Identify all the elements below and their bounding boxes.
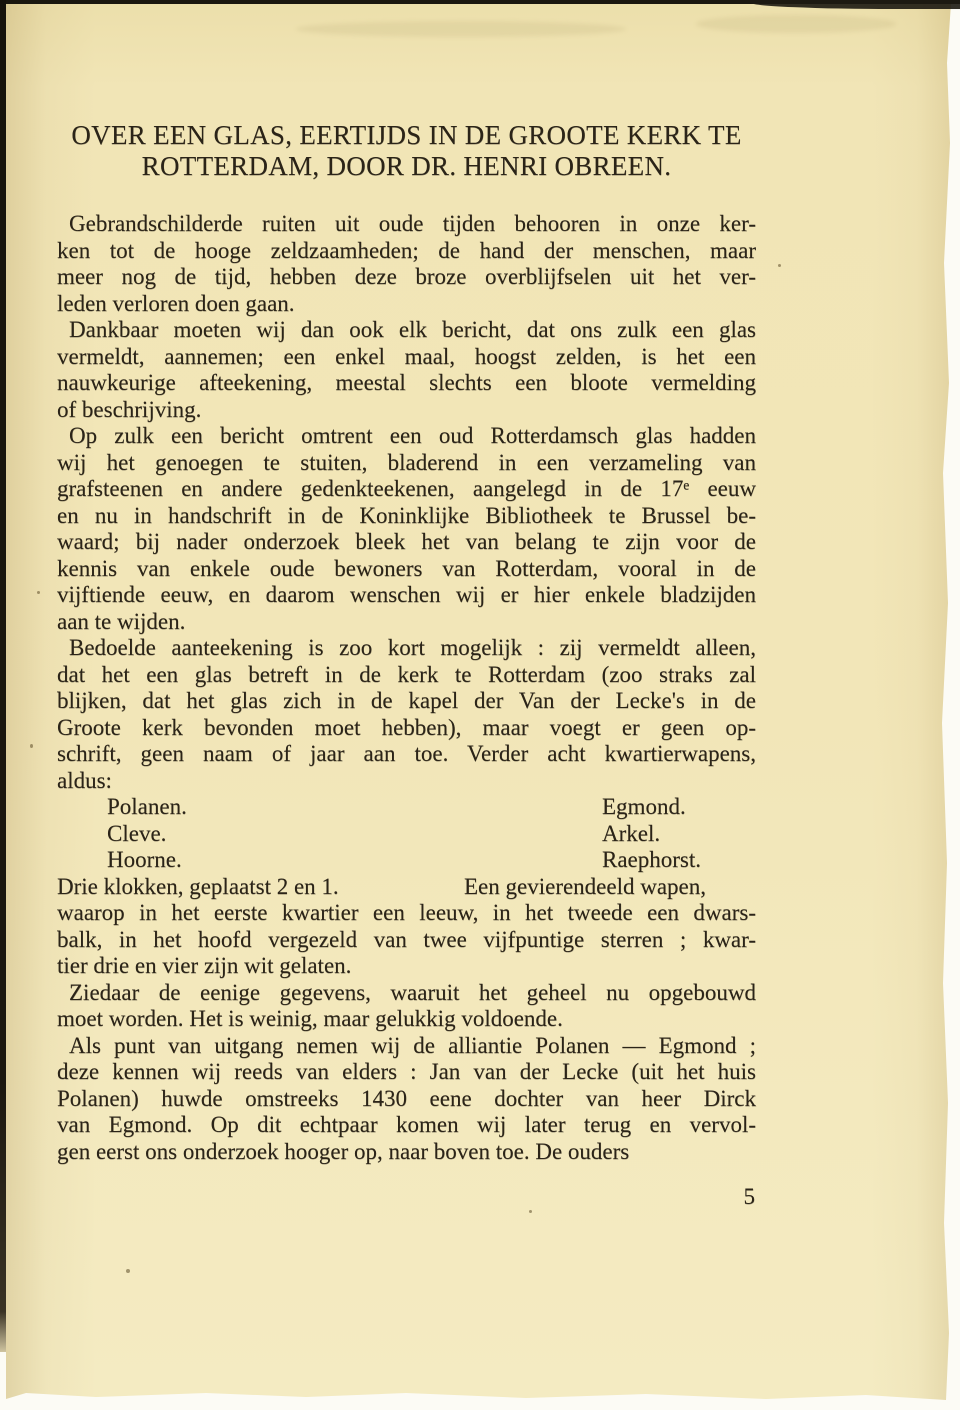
text-line: Groote kerk bevonden moet hebben), maar …	[57, 715, 756, 742]
text-line: balk, in het hoofd vergezeld van twee vi…	[57, 927, 756, 954]
wapen-right: Arkel.	[602, 821, 660, 848]
page-number: 5	[57, 1184, 756, 1211]
paper-page: OVER EEN GLAS, EERTIJDS IN DE GROOTE KER…	[6, 3, 951, 1400]
split-left: Drie klokken, geplaatst 2 en 1.	[57, 874, 339, 899]
text-line: grafsteenen en andere gedenkteekenen, aa…	[57, 476, 756, 503]
scan-speck	[30, 744, 33, 748]
text-line: Bedoelde aanteekening is zoo kort mogeli…	[57, 635, 756, 662]
book-gutter-shadow	[0, 0, 6, 1352]
text-line: waard; bij nader onderzoek bleek het van…	[57, 529, 756, 556]
text-line: van Egmond. Op dit echtpaar komen wij la…	[57, 1112, 756, 1139]
text-line: waarop in het eerste kwartier een leeuw,…	[57, 900, 756, 927]
text-line: Op zulk een bericht omtrent een oud Rott…	[57, 423, 756, 450]
scan-smudge	[696, 15, 896, 33]
wapen-left: Hoorne.	[57, 847, 182, 872]
text-line: nauwkeurige afteekening, meestal slechts…	[57, 370, 756, 397]
text-line: schrift, geen naam of jaar aan toe. Verd…	[57, 741, 756, 768]
text-line: meer nog de tijd, hebben deze broze over…	[57, 264, 756, 291]
text-line: moet worden. Het is weinig, maar gelukki…	[57, 1006, 756, 1033]
title-line-2: ROTTERDAM, DOOR DR. HENRI OBREEN.	[57, 151, 756, 182]
text-line: Als punt van uitgang nemen wij de allian…	[57, 1033, 756, 1060]
text-line: wij het genoegen te stuiten, bladerend i…	[57, 450, 756, 477]
text-line: vermeldt, aannemen; een enkel maal, hoog…	[57, 344, 756, 371]
split-right: Een gevierendeeld wapen,	[464, 874, 706, 901]
text-line: blijken, dat het glas zich in de kapel d…	[57, 688, 756, 715]
scan-speck	[37, 591, 40, 594]
scan-smudge	[296, 21, 626, 37]
wapen-pair-row: Cleve.Arkel.	[57, 821, 756, 848]
wapen-left: Polanen.	[57, 794, 187, 819]
text-line: aldus:	[57, 768, 756, 795]
text-line: Dankbaar moeten wij dan ook elk bericht,…	[57, 317, 756, 344]
title-line-1: OVER EEN GLAS, EERTIJDS IN DE GROOTE KER…	[57, 120, 756, 151]
text-line: Gebrandschilderde ruiten uit oude tijden…	[57, 211, 756, 238]
body-text: Gebrandschilderde ruiten uit oude tijden…	[57, 211, 756, 1165]
page-title: OVER EEN GLAS, EERTIJDS IN DE GROOTE KER…	[57, 120, 756, 182]
page-content: OVER EEN GLAS, EERTIJDS IN DE GROOTE KER…	[57, 3, 756, 1211]
scan-speck	[778, 264, 781, 267]
wapen-pair-row: Polanen.Egmond.	[57, 794, 756, 821]
text-line: gen eerst ons onderzoek hooger op, naar …	[57, 1139, 756, 1166]
text-line: dat het een glas betreft in de kerk te R…	[57, 662, 756, 689]
text-line: deze kennen wij reeds van elders : Jan v…	[57, 1059, 756, 1086]
scan-speck	[126, 1269, 130, 1273]
text-line: ken tot de hooge zeldzaamheden; de hand …	[57, 238, 756, 265]
text-line: Polanen) huwde omstreeks 1430 eene docht…	[57, 1086, 756, 1113]
wapen-pair-row: Hoorne.Raephorst.	[57, 847, 756, 874]
wapen-left: Cleve.	[57, 821, 166, 846]
split-row: Drie klokken, geplaatst 2 en 1.Een gevie…	[57, 874, 756, 901]
text-line: of beschrijving.	[57, 397, 756, 424]
text-line: en nu in handschrift in de Koninklijke B…	[57, 503, 756, 530]
text-line: tier drie en vier zijn wit gelaten.	[57, 953, 756, 980]
text-line: aan te wijden.	[57, 609, 756, 636]
text-line: leden verloren doen gaan.	[57, 291, 756, 318]
text-line: Ziedaar de eenige gegevens, waaruit het …	[57, 980, 756, 1007]
text-line: kennis van enkele oude bewoners van Rott…	[57, 556, 756, 583]
scan-speck	[529, 1210, 532, 1213]
scanned-book-page: OVER EEN GLAS, EERTIJDS IN DE GROOTE KER…	[0, 0, 960, 1410]
wapen-right: Egmond.	[602, 794, 686, 821]
text-line: vijftiende eeuw, en daarom wenschen wij …	[57, 582, 756, 609]
wapen-right: Raephorst.	[602, 847, 701, 874]
